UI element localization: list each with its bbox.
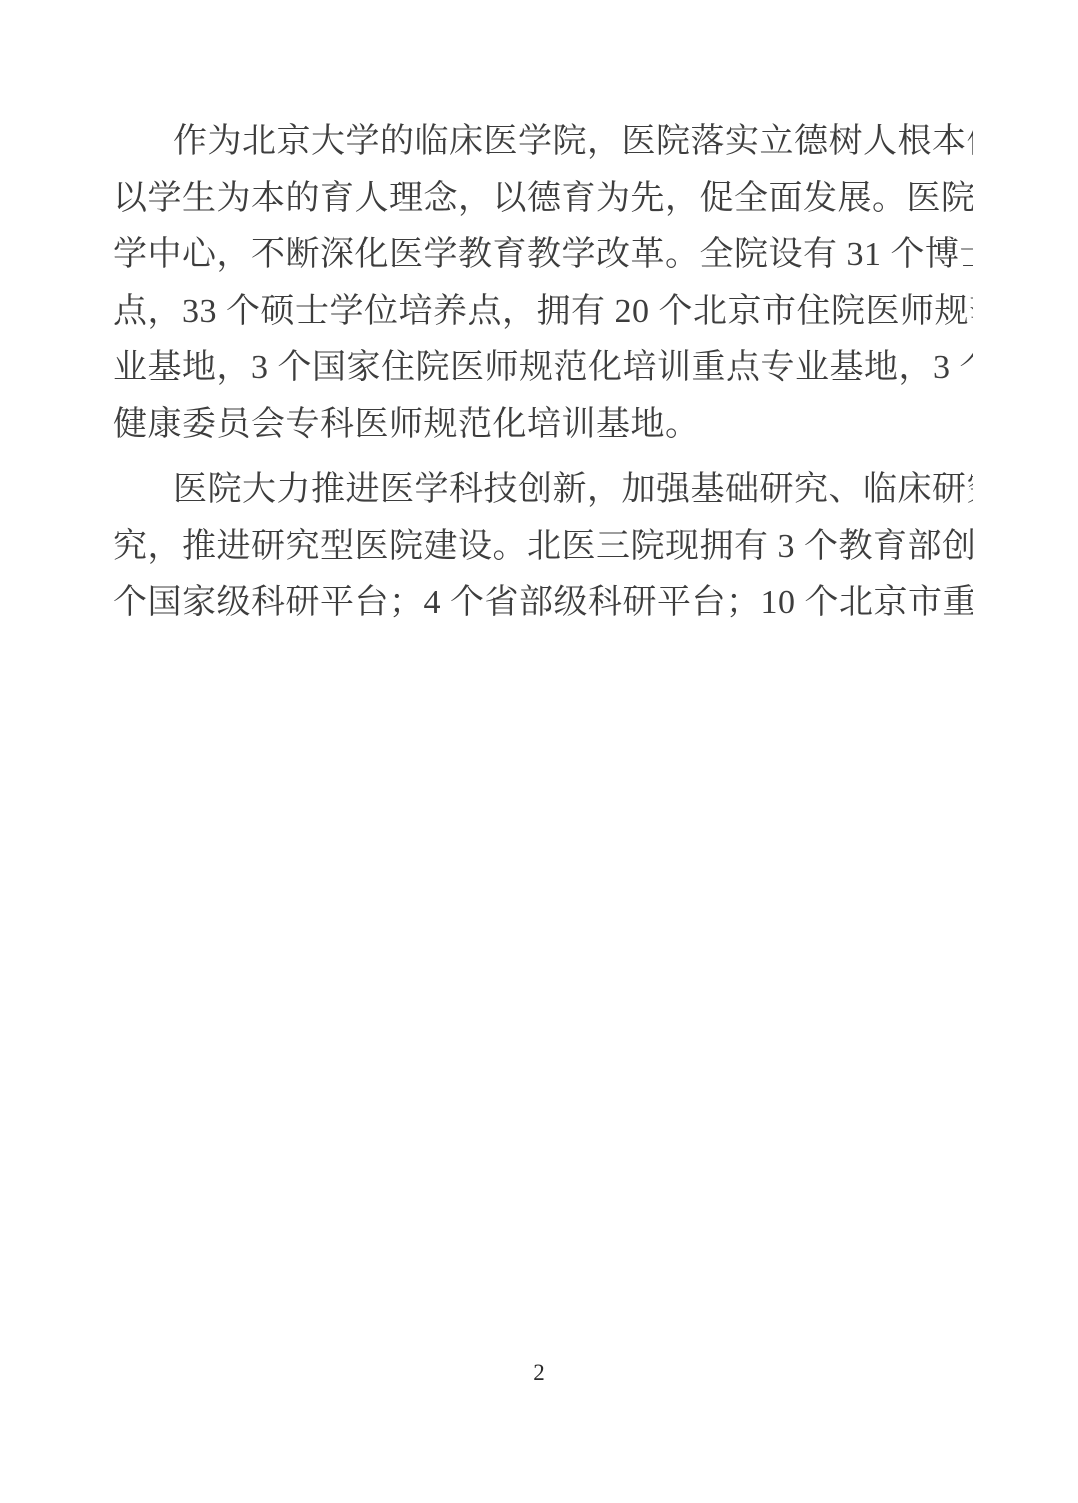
paragraph-2: 医院大力推进医学科技创新，加强基础研究、临床研究和转化研 究，推进研究型医院建设… — [113, 462, 973, 632]
text-line: 学中心，不断深化医学教育教学改革。全院设有 31 个博士学位培养 — [113, 227, 973, 284]
text-line: 个国家级科研平台；4 个省部级科研平台；10 个北京市重点实验室。 — [113, 575, 973, 632]
text-line: 点，33 个硕士学位培养点，拥有 20 个北京市住院医师规范化培训专 — [113, 284, 973, 341]
page-number: 2 — [0, 1358, 1078, 1388]
text-line: 业基地，3 个国家住院医师规范化培训重点专业基地，3 个国家卫生 — [113, 340, 973, 397]
text-line: 以学生为本的育人理念，以德育为先，促全面发展。医院成立教育教 — [113, 171, 973, 228]
text-line: 健康委员会专科医师规范化培训基地。 — [113, 397, 973, 454]
document-page: 作为北京大学的临床医学院，医院落实立德树人根本任务，秉持 以学生为本的育人理念，… — [0, 0, 1078, 1503]
text-line: 究，推进研究型医院建设。北医三院现拥有 3 个教育部创新团队；3 — [113, 519, 973, 576]
text-line: 医院大力推进医学科技创新，加强基础研究、临床研究和转化研 — [113, 462, 973, 519]
text-line: 作为北京大学的临床医学院，医院落实立德树人根本任务，秉持 — [113, 114, 973, 171]
paragraph-1: 作为北京大学的临床医学院，医院落实立德树人根本任务，秉持 以学生为本的育人理念，… — [113, 114, 973, 453]
body-text: 作为北京大学的临床医学院，医院落实立德树人根本任务，秉持 以学生为本的育人理念，… — [113, 114, 973, 632]
